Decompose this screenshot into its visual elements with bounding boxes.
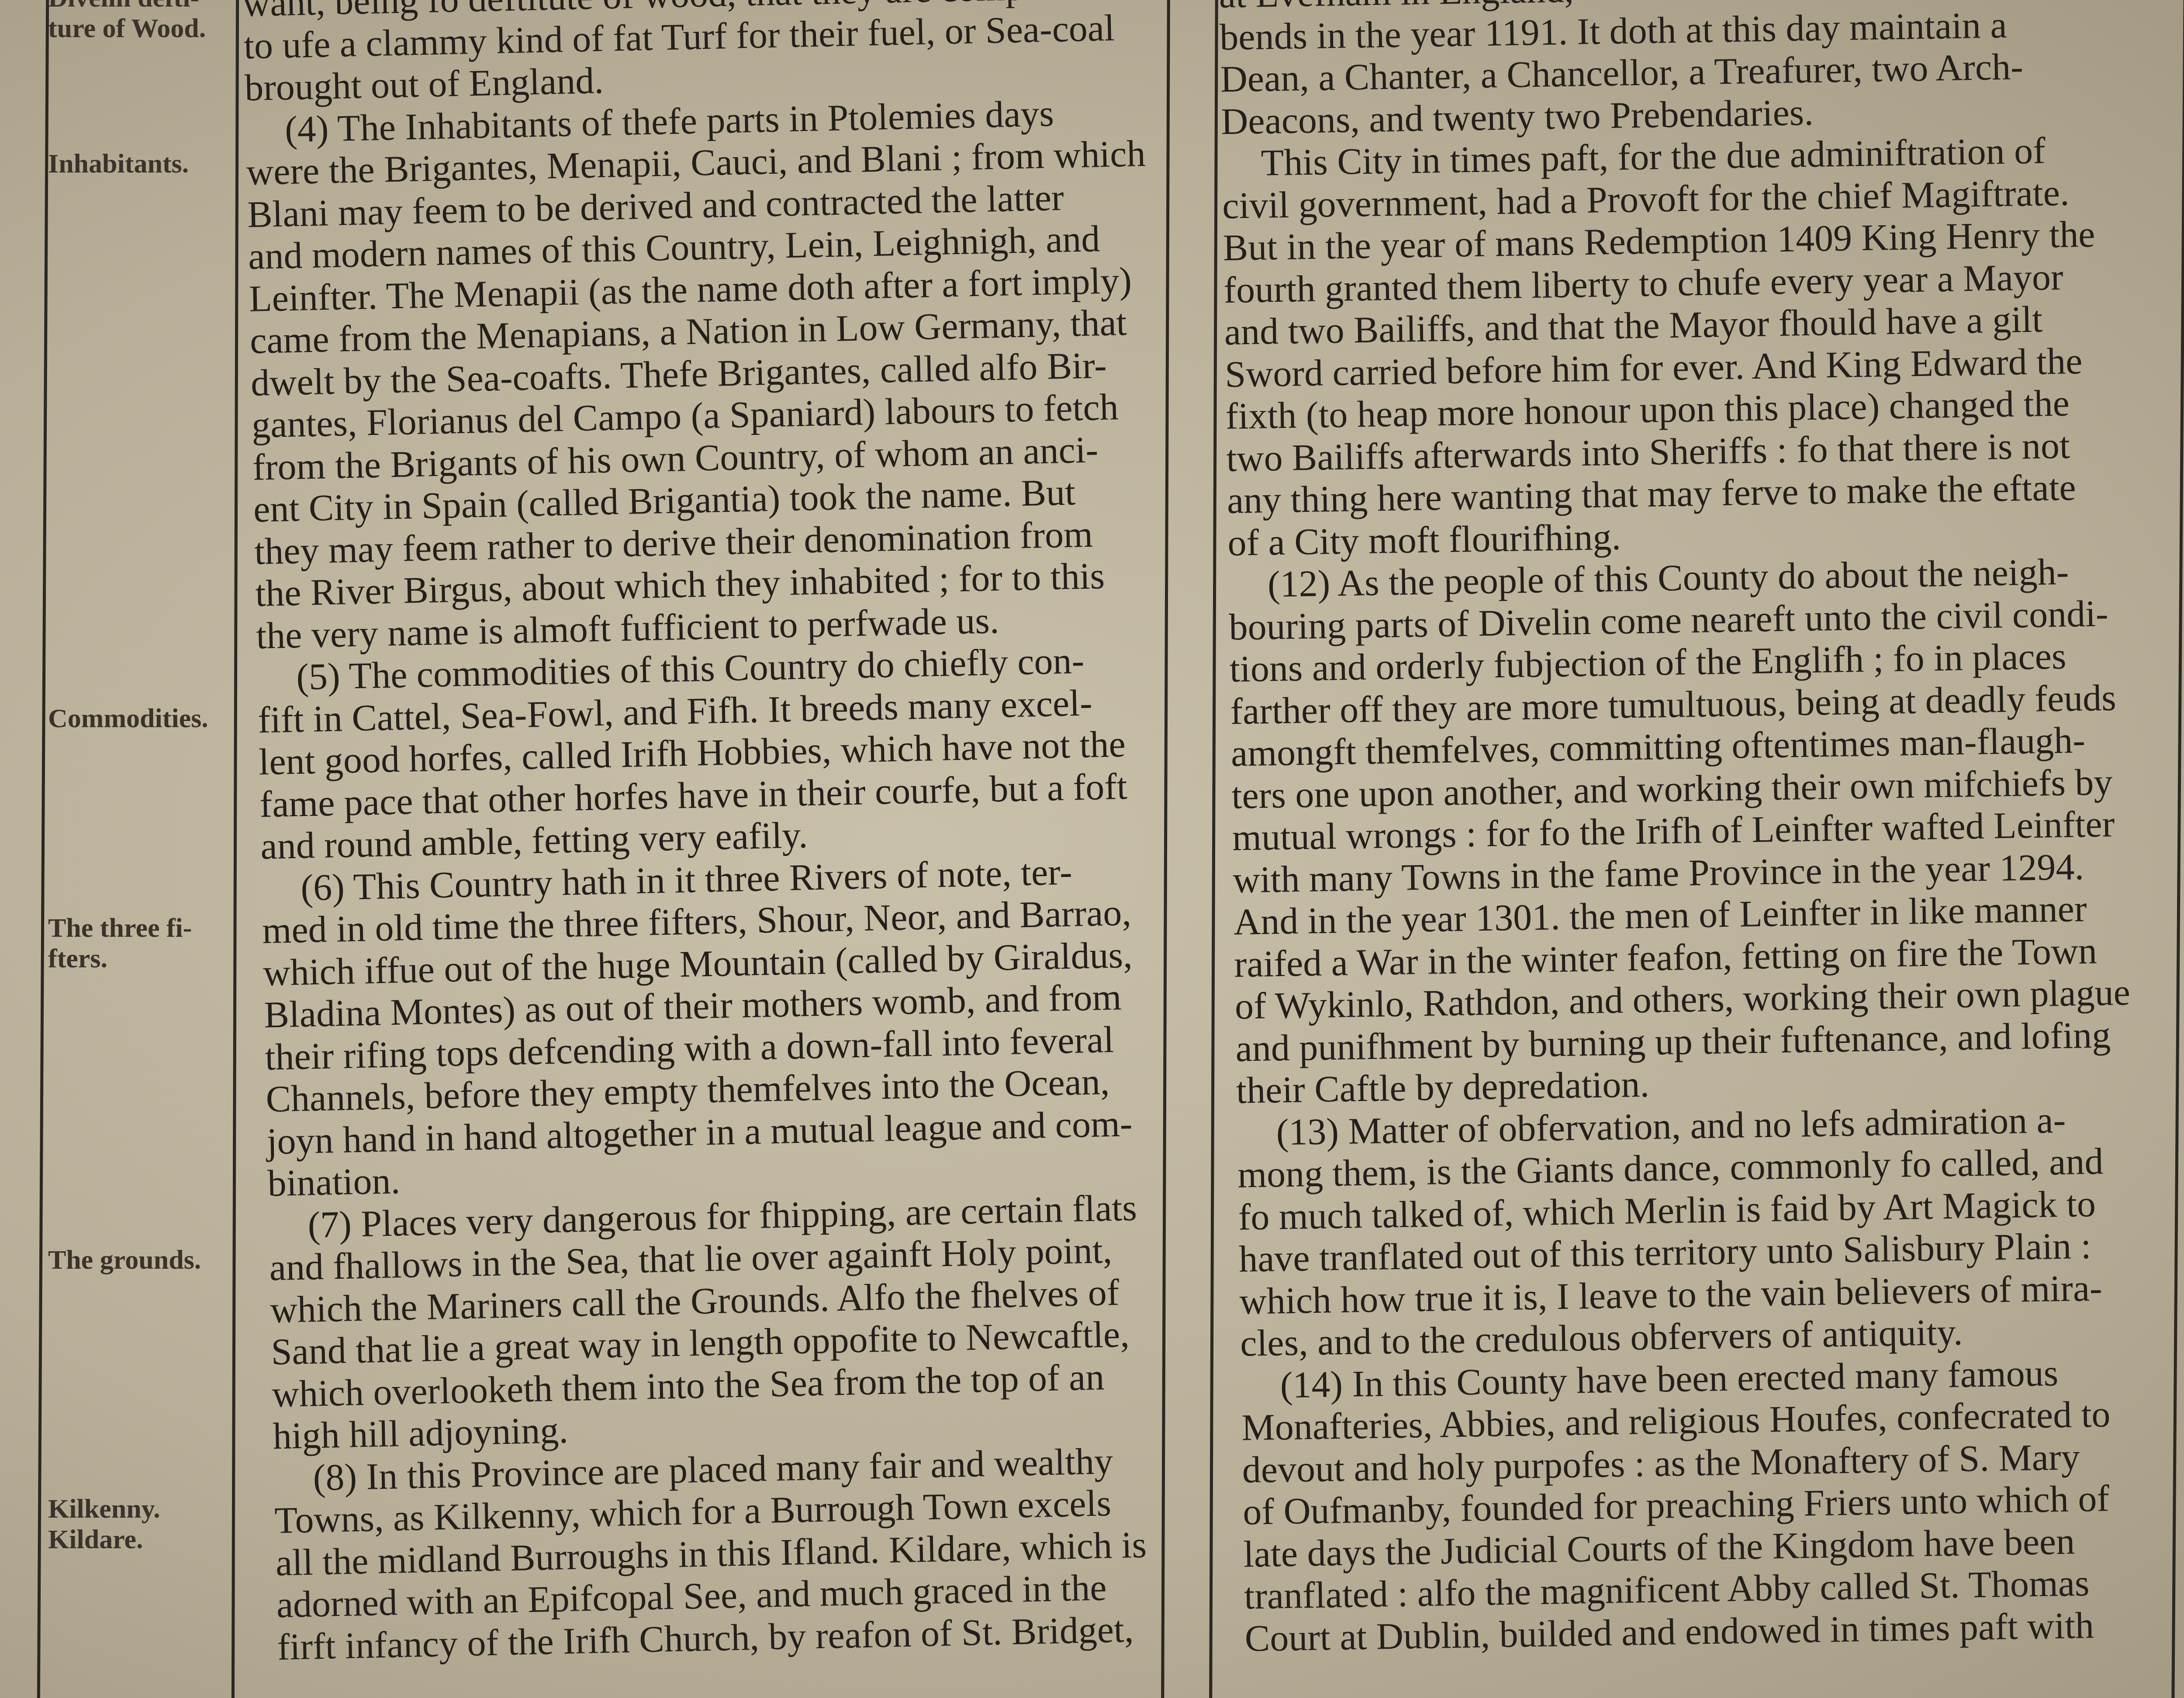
margin-note: The grounds.: [48, 1245, 232, 1275]
margin-note: Divelin defti- ture of Wood.: [48, 0, 232, 44]
right-text-column: at Evefham in England,bends in the year …: [1219, 0, 2184, 1660]
left-text-column: want, being fo deftitute of wood, that t…: [242, 0, 1195, 1668]
left-outer-rule: [37, 0, 49, 1698]
margin-note: Kilkenny. Kildare.: [48, 1494, 232, 1555]
left-inner-rule: [232, 0, 239, 1698]
book-page: Divelin defti- ture of Wood.Inhabitants.…: [0, 0, 2184, 1698]
margin-note: Inhabitants.: [48, 148, 232, 179]
margin-note: The three fi- fters.: [48, 913, 232, 974]
gutter-right-rule: [1209, 0, 1218, 1698]
margin-note: Commodities.: [48, 703, 232, 734]
